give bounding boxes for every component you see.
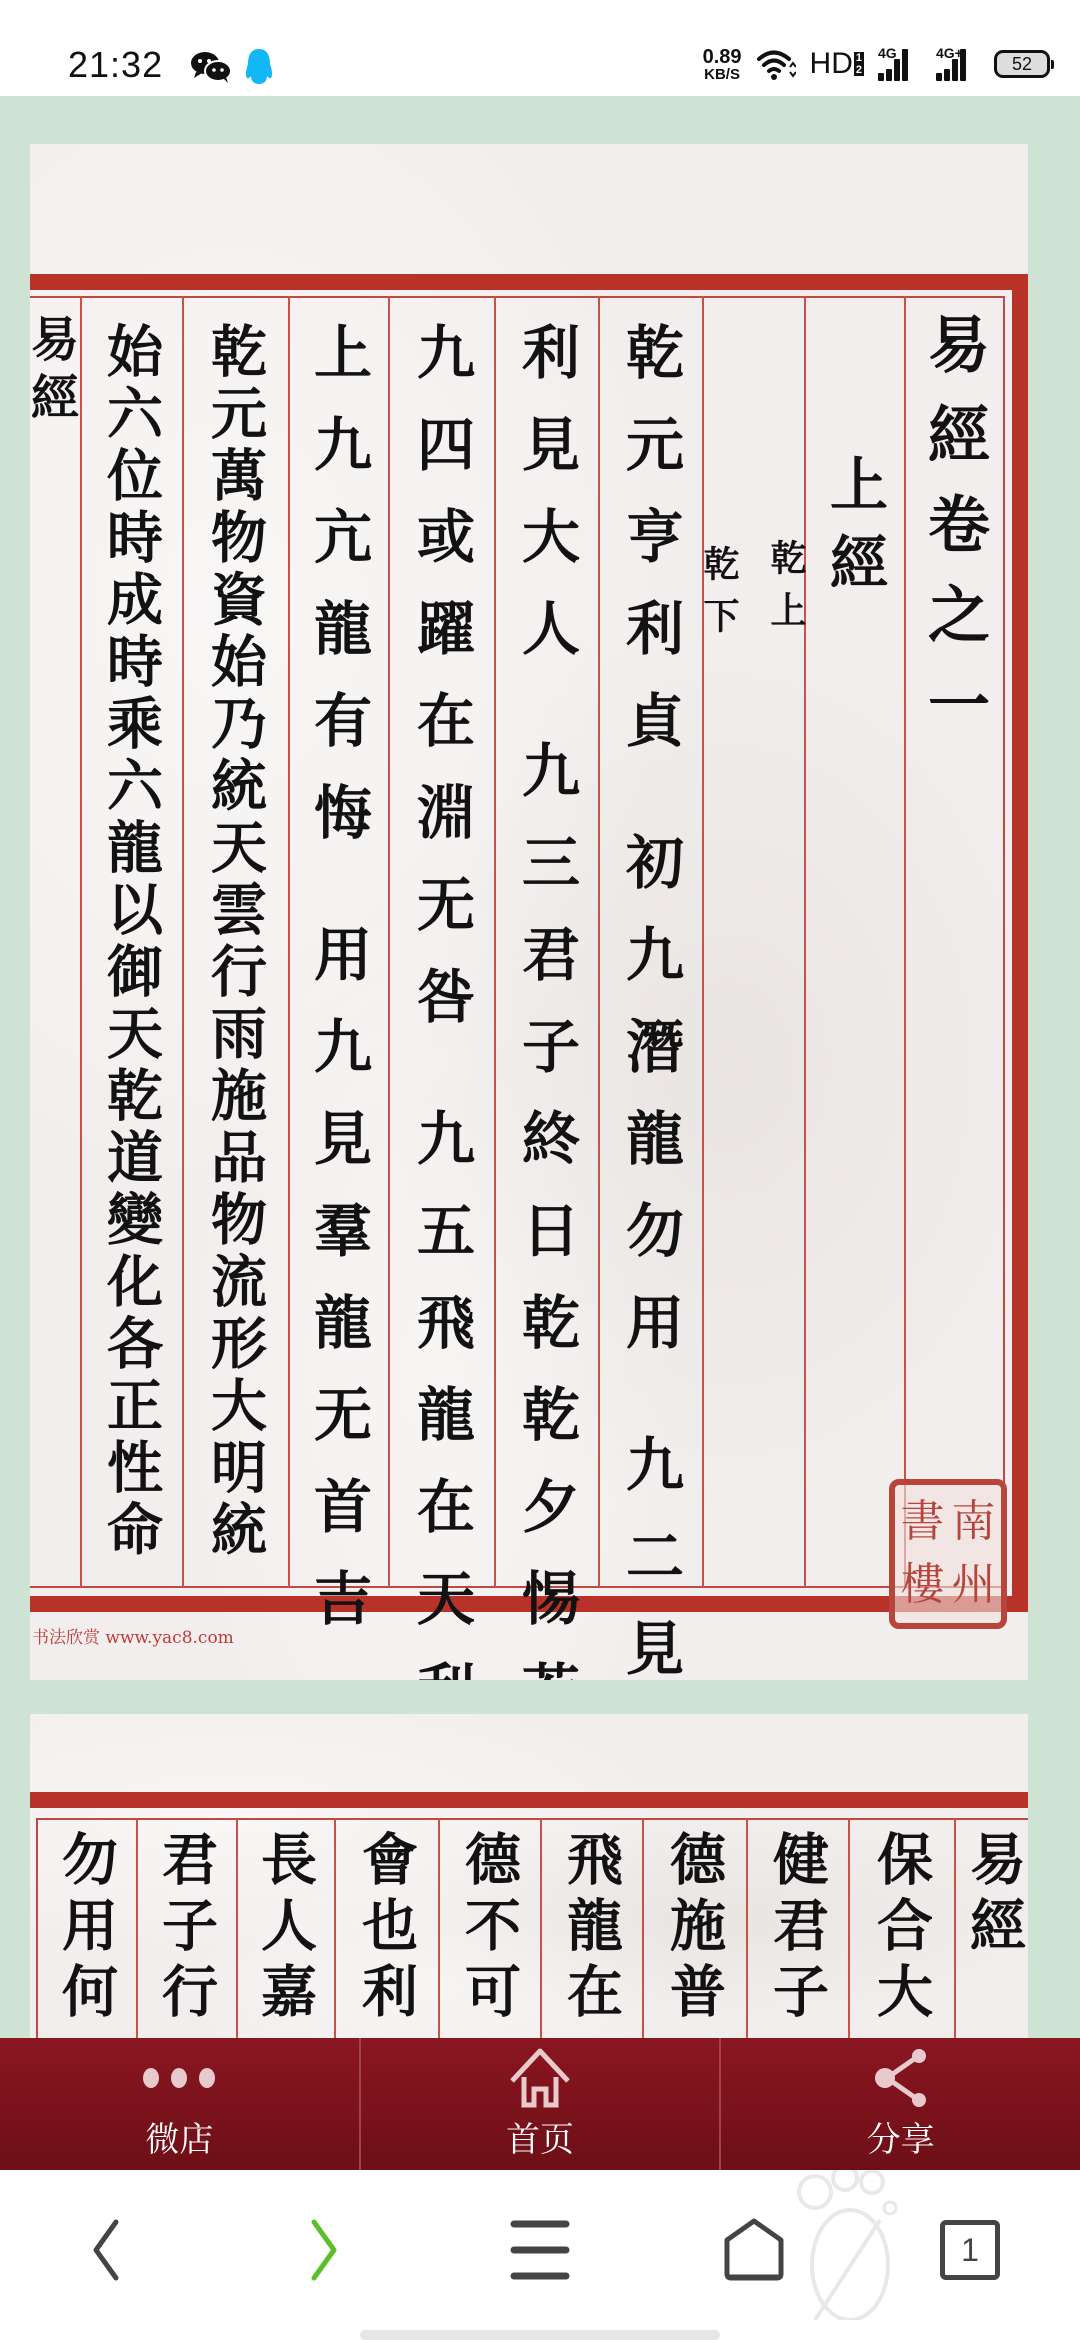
- text-segment: 易經: [954, 1830, 1028, 1962]
- weidian-label: 微店: [145, 2112, 213, 2161]
- text-segment: 九五飛龍在天利見大人: [399, 1108, 483, 1680]
- tabs-button[interactable]: 1: [920, 2200, 1020, 2300]
- text-segment: 乾元亨利貞: [608, 322, 692, 782]
- battery-level: 52: [1012, 54, 1032, 75]
- bottom-action-bar: 微店 首页 分享: [0, 2038, 1080, 2170]
- wifi-icon: [756, 47, 796, 81]
- tabs-count: 1: [961, 2232, 979, 2269]
- home-button[interactable]: [704, 2200, 804, 2300]
- home-indicator[interactable]: [360, 2330, 720, 2340]
- column-gua: 乾下 乾上: [702, 539, 804, 649]
- scan-page-2[interactable]: 易經 保合大 健君子 德施普 飛龍在 德不可 會也利 長人嘉 君子行 勿用何: [30, 1714, 1028, 2038]
- text-segment: 乾元萬物資始乃統天雲行雨施品物流形大明統: [195, 322, 275, 1562]
- menu-button[interactable]: [490, 2200, 590, 2300]
- network-speed: 0.89 KB/S: [703, 47, 742, 82]
- text-column-9: 始六位時成時乘六龍以御天乾道變化各正性命: [80, 322, 182, 1562]
- p2-column-3: 健君子: [746, 1830, 848, 2028]
- p2-column-5: 飛龍在: [540, 1830, 642, 2028]
- text-segment: 德施普: [654, 1830, 734, 2028]
- watermark: 书法欣赏 www.yac8.com: [32, 1623, 234, 1648]
- column-shangjing: 上經: [804, 454, 904, 610]
- section-heading: 上經: [812, 454, 896, 610]
- margin-column: 易經: [30, 314, 80, 430]
- p2-column-10: 勿用何: [36, 1830, 136, 2028]
- text-column-8: 乾元萬物資始乃統天雲行雨施品物流形大明統: [182, 322, 288, 1562]
- back-button[interactable]: [56, 2200, 156, 2300]
- wechat-icon: [190, 50, 232, 84]
- p2-column-4: 德施普: [642, 1830, 746, 2028]
- home-page-button[interactable]: 首页: [359, 2038, 720, 2170]
- page-title: 易經卷之一: [910, 312, 999, 762]
- content-area[interactable]: 易經卷之一 上經 乾下 乾上 乾元亨利貞 初九潛龍勿用 九二見龍在田 利見大人 …: [0, 96, 1080, 2038]
- margin-label: 易經: [30, 314, 86, 430]
- text-segment: 用九見羣龍无首吉: [296, 924, 380, 1660]
- text-column-7: 上九亢龍有悔 用九見羣龍无首吉 彖曰大哉: [288, 322, 388, 1680]
- back-icon: [86, 2218, 126, 2282]
- text-segment: 健君子: [757, 1830, 837, 2028]
- text-segment: 保合大: [861, 1830, 941, 2028]
- net-speed-unit: KB/S: [704, 67, 740, 82]
- share-icon: [873, 2047, 929, 2109]
- text-segment: 君子行: [146, 1830, 226, 2028]
- top-border: [30, 274, 1028, 290]
- text-segment: 長人嘉: [245, 1830, 325, 2028]
- seal-char: 書: [897, 1491, 948, 1554]
- text-segment: 九三君子終日乾乾夕惕若厲无咎: [504, 740, 588, 1680]
- text-segment: 會也利: [346, 1830, 426, 2028]
- text-segment: 上九亢龍有悔: [296, 322, 380, 874]
- qq-icon: [244, 48, 274, 86]
- hd-sub-1: 1: [856, 52, 862, 64]
- scan-page-1[interactable]: 易經卷之一 上經 乾下 乾上 乾元亨利貞 初九潛龍勿用 九二見龍在田 利見大人 …: [30, 144, 1028, 1680]
- menu-icon: [510, 2218, 570, 2282]
- p2-column-9: 君子行: [136, 1830, 236, 2028]
- p2-column-1: 易經: [954, 1830, 1028, 1962]
- hd-voice-indicator: HD 12: [810, 47, 864, 81]
- text-column-6: 九四或躍在淵无咎 九五飛龍在天利見大人: [388, 322, 494, 1680]
- net-speed-value: 0.89: [703, 47, 742, 67]
- gua-upper: 乾上: [761, 539, 812, 643]
- status-indicators: 0.89 KB/S HD 12 4G 4G+: [703, 44, 1050, 84]
- tabs-icon: 1: [940, 2220, 1000, 2280]
- signal-icon-sim2: 4G+: [936, 47, 980, 81]
- text-segment: 勿用何: [46, 1830, 126, 2028]
- p2-column-8: 長人嘉: [236, 1830, 334, 2028]
- status-time: 21:32: [68, 44, 163, 86]
- signal1-label: 4G: [878, 45, 897, 61]
- battery-icon: 52: [994, 50, 1050, 78]
- text-segment: 九二見龍在田: [608, 1434, 692, 1680]
- forward-button[interactable]: [274, 2200, 374, 2300]
- browser-nav-bar: 1: [0, 2170, 1080, 2340]
- p2-column-2: 保合大: [848, 1830, 954, 2028]
- weidian-button[interactable]: 微店: [0, 2038, 359, 2170]
- top-border: [30, 1792, 1028, 1808]
- text-segment: 飛龍在: [551, 1830, 631, 2028]
- red-seal-stamp: 書 南 樓 州: [889, 1479, 1007, 1629]
- text-segment: 初九潛龍勿用: [608, 832, 692, 1384]
- hd-label: HD: [810, 47, 853, 81]
- signal2-label: 4G+: [936, 45, 963, 61]
- column-title: 易經卷之一: [904, 312, 1004, 762]
- p2-column-7: 會也利: [334, 1830, 438, 2028]
- text-segment: 始六位時成時乘六龍以御天乾道變化各正性命: [91, 322, 171, 1562]
- seal-char: 樓: [897, 1554, 948, 1617]
- seal-char: 州: [948, 1554, 999, 1617]
- text-segment: 德不可: [449, 1830, 529, 2028]
- paw-watermark-icon: [790, 2170, 910, 2320]
- status-bar: 21:32 0.89 KB/S HD 12 4G: [0, 0, 1080, 96]
- home-page-label: 首页: [506, 2112, 574, 2161]
- text-column-5: 利見大人 九三君子終日乾乾夕惕若厲无咎: [494, 322, 598, 1680]
- home-icon: [723, 2218, 785, 2282]
- text-segment: 九四或躍在淵无咎: [399, 322, 483, 1058]
- p2-column-6: 德不可: [438, 1830, 540, 2028]
- home-icon: [508, 2047, 572, 2109]
- forward-icon: [304, 2218, 344, 2282]
- text-column-4: 乾元亨利貞 初九潛龍勿用 九二見龍在田: [598, 322, 702, 1680]
- share-button[interactable]: 分享: [719, 2038, 1080, 2170]
- seal-char: 南: [948, 1491, 999, 1554]
- more-dots-icon: [139, 2066, 219, 2090]
- hd-sub-2: 2: [856, 64, 862, 76]
- right-border: [1012, 274, 1028, 1612]
- signal-icon-sim1: 4G: [878, 47, 922, 81]
- share-label: 分享: [867, 2112, 935, 2161]
- text-segment: 利見大人: [504, 322, 588, 690]
